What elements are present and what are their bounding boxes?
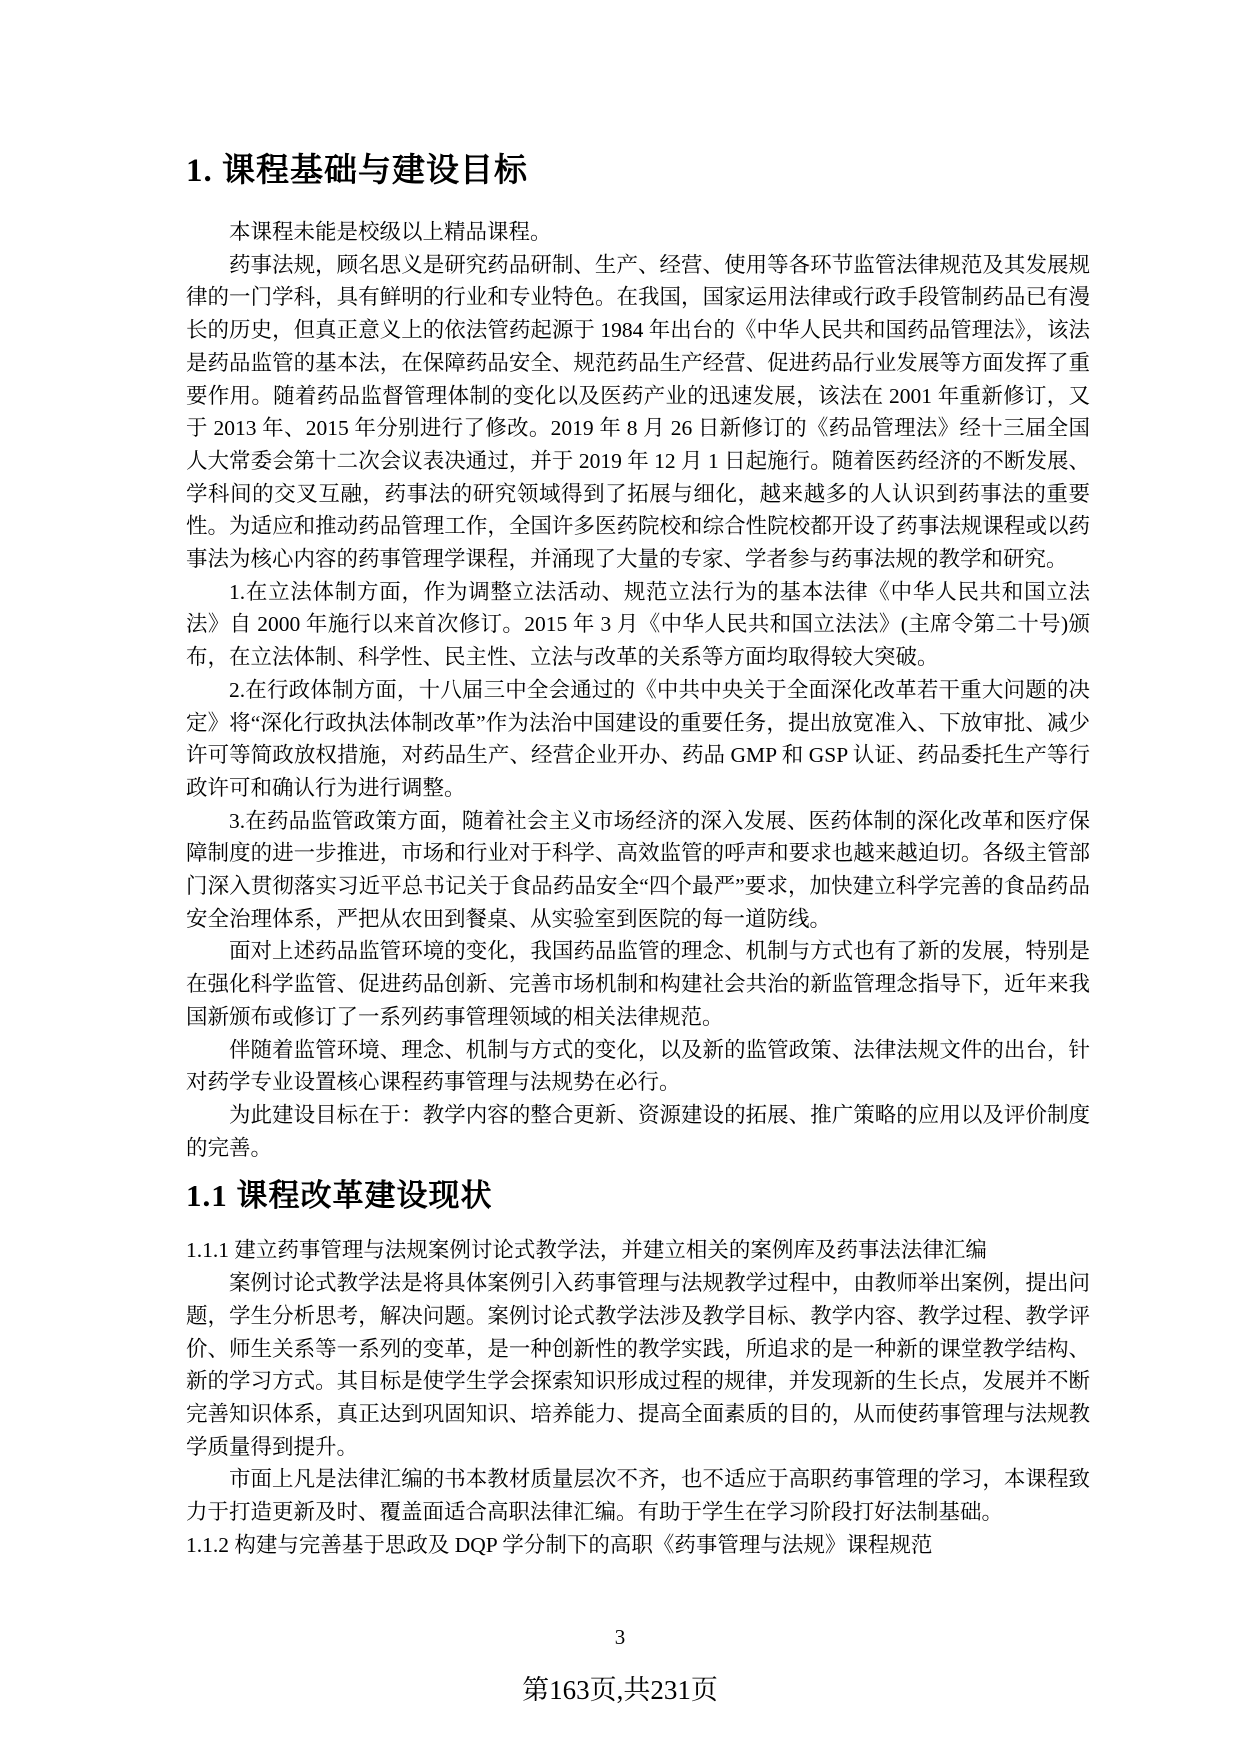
paragraph: 伴随着监管环境、理念、机制与方式的变化，以及新的监管政策、法律法规文件的出台，针… bbox=[186, 1034, 1090, 1099]
section-heading-1-1: 1.1 课程改革建设现状 bbox=[186, 1174, 1090, 1218]
page-number: 3 bbox=[0, 1622, 1240, 1652]
paragraph: 2.在行政体制方面，十八届三中全会通过的《中共中央关于全面深化改革若干重大问题的… bbox=[186, 674, 1090, 805]
paragraph: 为此建设目标在于：教学内容的整合更新、资源建设的拓展、推广策略的应用以及评价制度… bbox=[186, 1099, 1090, 1164]
text-content-area: 1. 课程基础与建设目标 本课程未能是校级以上精品课程。 药事法规，顾名思义是研… bbox=[186, 150, 1090, 1561]
subsection-heading-1-1-1: 1.1.1 建立药事管理与法规案例讨论式教学法，并建立相关的案例库及药事法法律汇… bbox=[186, 1234, 1090, 1267]
document-page: 1. 课程基础与建设目标 本课程未能是校级以上精品课程。 药事法规，顾名思义是研… bbox=[0, 0, 1240, 1753]
paragraph: 案例讨论式教学法是将具体案例引入药事管理与法规教学过程中，由教师举出案例，提出问… bbox=[186, 1267, 1090, 1463]
paragraph: 面对上述药品监管环境的变化，我国药品监管的理念、机制与方式也有了新的发展，特别是… bbox=[186, 935, 1090, 1033]
paragraph: 1.在立法体制方面，作为调整立法活动、规范立法行为的基本法律《中华人民共和国立法… bbox=[186, 576, 1090, 674]
paragraph: 药事法规，顾名思义是研究药品研制、生产、经营、使用等各环节监管法律规范及其发展规… bbox=[186, 249, 1090, 576]
section-heading-1: 1. 课程基础与建设目标 bbox=[186, 150, 1090, 192]
paragraph: 3.在药品监管政策方面，随着社会主义市场经济的深入发展、医药体制的深化改革和医疗… bbox=[186, 805, 1090, 936]
paragraph: 市面上凡是法律汇编的书本教材质量层次不齐，也不适应于高职药事管理的学习，本课程致… bbox=[186, 1463, 1090, 1528]
paragraph: 本课程未能是校级以上精品课程。 bbox=[186, 216, 1090, 249]
page-footer: 第163页,共231页 bbox=[0, 1672, 1240, 1708]
subsection-heading-1-1-2: 1.1.2 构建与完善基于思政及 DQP 学分制下的高职《药事管理与法规》课程规… bbox=[186, 1529, 1090, 1562]
